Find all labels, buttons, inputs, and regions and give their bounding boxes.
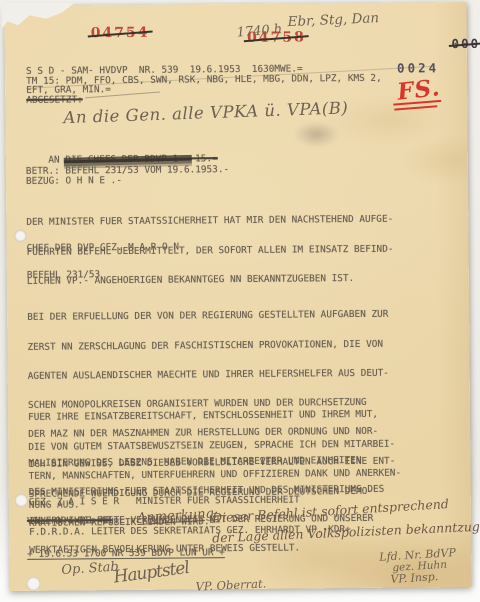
- footer-right-note-3: VP. Insp.: [390, 570, 438, 586]
- red-registry-number-1: 04754: [91, 25, 150, 42]
- teletype-footer-line: + 19.6.53 1700 NR 539 BDVP LUN UR +: [27, 548, 225, 559]
- body-line: DER MINISTER FUER STAATSSICHERHEIT HAT M…: [26, 215, 393, 228]
- ink-smudge: [293, 121, 339, 147]
- scanned-document-page: Ebr, Stg, Dan 04754 04758 1740 h 00039 0…: [4, 2, 471, 591]
- body-line: FUER IHRE EINSATZBEREITSCHAFT, ENTSCHLOS…: [28, 410, 401, 423]
- body-line: ZERST NN ZERSCHLAGUNG DER FASCHISTISCHEN…: [27, 339, 388, 352]
- torn-corner: [1, 2, 75, 29]
- body-line: BEI DER ERFUELLUNG DER VON DER REGIERUNG…: [27, 310, 388, 323]
- body-line: AGENTEN AUSLAENDISCHER MAECHTE UND IHRER…: [28, 368, 389, 381]
- vp-oberrat-note: VP. Oberrat.: [195, 577, 266, 594]
- body-line: ICH BIN GEWISS, DASZ DIESES VORBILDLICHE…: [28, 457, 395, 470]
- op-stab-note: Op. Stab: [61, 560, 119, 578]
- punch-hole: [14, 230, 26, 242]
- addressee-struck-text: DIE CHEFS DER BDVP 1 -: [65, 154, 189, 165]
- fs-underline-2: [394, 105, 437, 110]
- addressee-tail: 15.=: [189, 153, 217, 164]
- chef-dvp-line: CHEF DER DVP GEZ. M A R O N: [27, 243, 179, 254]
- punch-hole: [15, 494, 28, 507]
- punch-hole: [26, 577, 40, 591]
- abgesetzt-struck-label: ABGESETZT:: [26, 94, 83, 105]
- befehl-title: BEFEHL 231/53: [27, 270, 100, 280]
- registry-stamp-number-1: 00039: [451, 36, 480, 51]
- handwritten-names-note: Ebr, Stg, Dan: [287, 10, 379, 30]
- page-number-stamp: 0024: [397, 60, 439, 75]
- bezug-line: BEZUG: O H N E .-: [26, 176, 122, 187]
